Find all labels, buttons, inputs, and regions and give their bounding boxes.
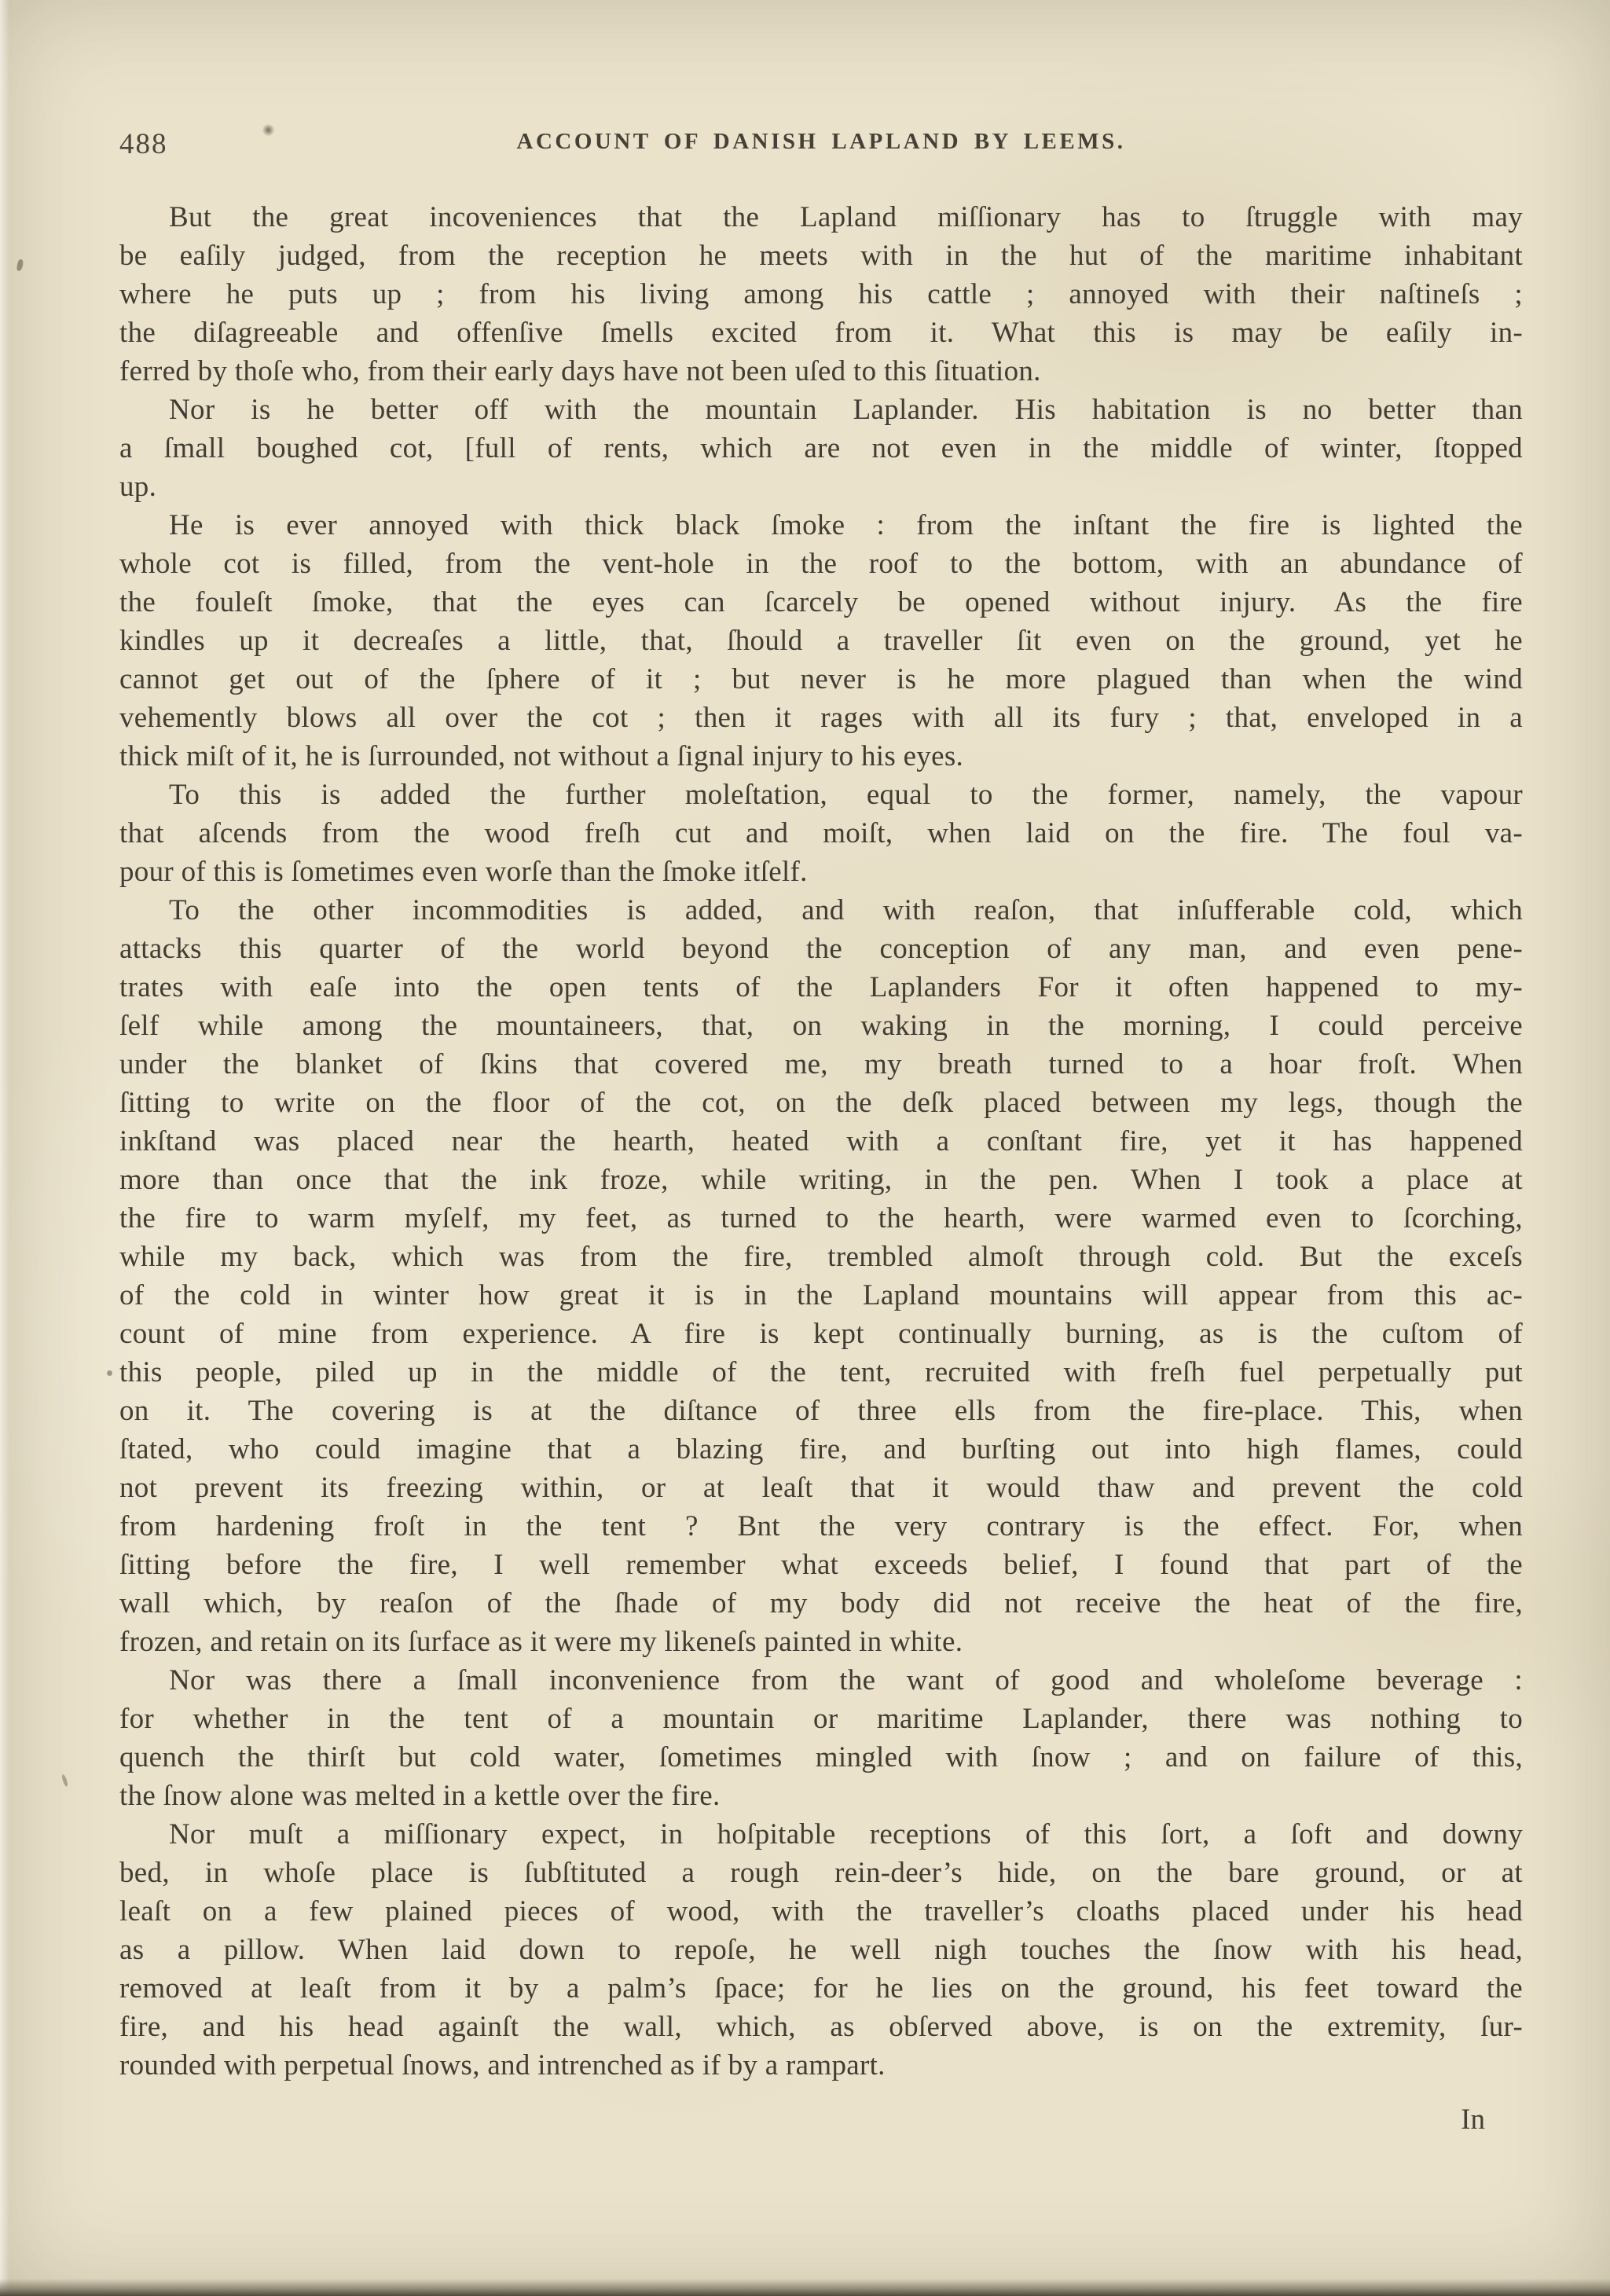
text-line: for whether in the tent of a mountain or… [119,1700,1523,1738]
text-line: cannot get out of the ſphere of it ; but… [119,660,1523,699]
text-line: on it. The covering is at the diſtance o… [119,1392,1523,1430]
text-line: more than once that the ink froze, while… [119,1161,1523,1199]
paragraph: Nor muſt a miſſionary expect, in hoſpita… [119,1815,1523,2085]
text-line: But the great incoveniences that the Lap… [119,198,1523,237]
running-header: 488 ACCOUNT OF DANISH LAPLAND BY LEEMS. [119,124,1523,165]
text-line: while my back, which was from the fire, … [119,1238,1523,1276]
text-line: ſitting to write on the floor of the cot… [119,1084,1523,1122]
scan-edge-left [0,0,9,2296]
text-line: count of mine from experience. A fire is… [119,1315,1523,1353]
page-title: ACCOUNT OF DANISH LAPLAND BY LEEMS. [119,129,1523,155]
text-line: not prevent its freezing within, or at l… [119,1469,1523,1507]
book-page: 488 ACCOUNT OF DANISH LAPLAND BY LEEMS. … [0,0,1610,2296]
text-line: quench the thirſt but cold water, ſometi… [119,1738,1523,1777]
paragraph: Nor is he better off with the mountain L… [119,391,1523,506]
text-line: whole cot is filled, from the vent-hole … [119,545,1523,583]
text-line: of the cold in winter how great it is in… [119,1276,1523,1315]
text-line: the fire to warm myſelf, my feet, as tur… [119,1199,1523,1238]
text-line: vehemently blows all over the cot ; then… [119,699,1523,737]
paragraph: He is ever annoyed with thick black ſmok… [119,506,1523,776]
text-line: ferred by thoſe who, from their early da… [119,352,1523,391]
catchword: In [119,2103,1523,2136]
text-line: wall which, by reaſon of the ſhade of my… [119,1584,1523,1623]
page-body: But the great incoveniences that the Lap… [119,198,1523,2085]
text-line: where he puts up ; from his living among… [119,275,1523,314]
text-line: under the blanket of ſkins that covered … [119,1045,1523,1084]
text-line: from hardening froſt in the tent ? Bnt t… [119,1507,1523,1546]
text-line: kindles up it decreaſes a little, that, … [119,622,1523,660]
text-line: fire, and his head againſt the wall, whi… [119,2008,1523,2046]
text-line: the fouleſt ſmoke, that the eyes can ſca… [119,583,1523,622]
margin-mark [61,1774,69,1788]
text-line: ſitting before the fire, I well remember… [119,1546,1523,1584]
margin-mark [17,259,24,271]
text-line: be eaſily judged, from the reception he … [119,237,1523,275]
text-line: He is ever annoyed with thick black ſmok… [119,506,1523,545]
ink-speck [107,1370,112,1376]
text-line: a ſmall boughed cot, [full of rents, whi… [119,429,1523,468]
text-line: as a pillow. When laid down to repoſe, h… [119,1931,1523,1969]
text-line: this people, piled up in the middle of t… [119,1353,1523,1392]
text-line: ſtated, who could imagine that a blazing… [119,1430,1523,1469]
text-line: that aſcends from the wood freſh cut and… [119,814,1523,853]
text-line: Nor is he better off with the mountain L… [119,391,1523,429]
text-line: trates with eaſe into the open tents of … [119,968,1523,1007]
text-line: attacks this quarter of the world beyond… [119,930,1523,968]
text-line: pour of this is ſometimes even worſe tha… [119,853,1523,891]
text-line: frozen, and retain on its ſurface as it … [119,1623,1523,1661]
text-line: inkſtand was placed near the hearth, hea… [119,1122,1523,1161]
text-line: leaſt on a few plained pieces of wood, w… [119,1892,1523,1931]
paragraph: To the other incommodities is added, and… [119,891,1523,1661]
text-line: bed, in whoſe place is ſubſtituted a rou… [119,1854,1523,1892]
text-line: the ſnow alone was melted in a kettle ov… [119,1777,1523,1815]
text-line: To the other incommodities is added, and… [119,891,1523,930]
text-line: removed at leaſt from it by a palm’s ſpa… [119,1969,1523,2008]
text-line: To this is added the further moleſtation… [119,776,1523,814]
paragraph: But the great incoveniences that the Lap… [119,198,1523,391]
text-line: Nor was there a ſmall inconvenience from… [119,1661,1523,1700]
text-line: thick miſt of it, he is ſurrounded, not … [119,737,1523,776]
text-line: Nor muſt a miſſionary expect, in hoſpita… [119,1815,1523,1854]
paragraph: Nor was there a ſmall inconvenience from… [119,1661,1523,1815]
text-line: the diſagreeable and offenſive ſmells ex… [119,314,1523,352]
text-line: up. [119,468,1523,506]
paragraph: To this is added the further moleſtation… [119,776,1523,891]
scan-edge-bottom [0,2279,1610,2296]
text-line: rounded with perpetual ſnows, and intren… [119,2046,1523,2085]
text-line: ſelf while among the mountaineers, that,… [119,1007,1523,1045]
